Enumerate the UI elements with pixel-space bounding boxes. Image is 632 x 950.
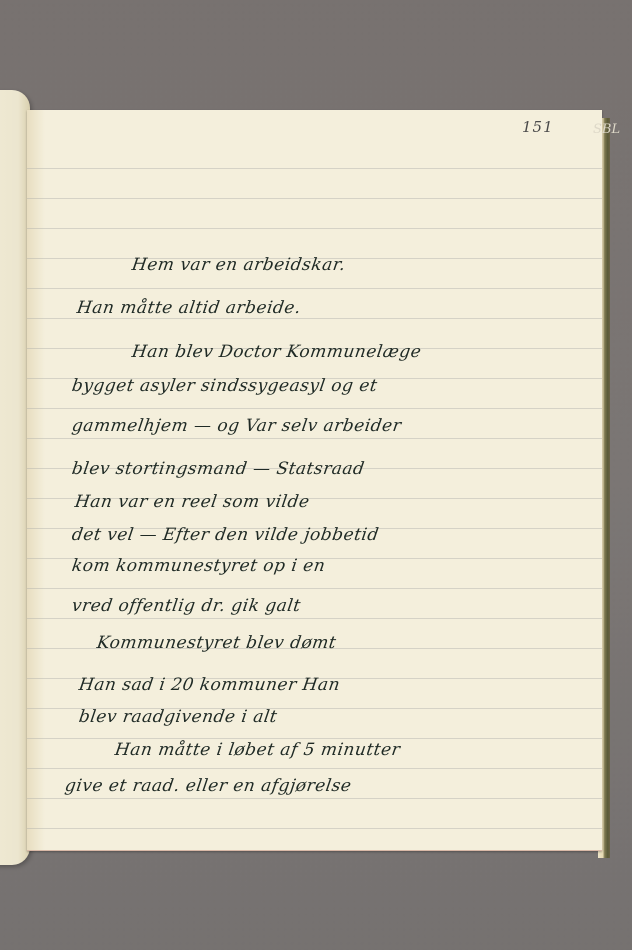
handwritten-line: Han måtte i løbet af 5 minutter <box>114 740 402 760</box>
handwritten-line: Han var en reel som vilde <box>74 492 311 512</box>
handwritten-line: gammelhjem — og Var selv arbeider <box>71 416 403 436</box>
handwritten-line: Han sad i 20 kommuner Han <box>78 675 342 695</box>
handwritten-line: Kommunestyret blev dømt <box>96 633 338 653</box>
left-page-edge <box>0 90 30 865</box>
ruled-line <box>27 588 602 589</box>
ruled-line <box>27 768 602 769</box>
ruled-line <box>27 198 602 199</box>
ruled-line <box>27 318 602 319</box>
ruled-line <box>27 798 602 799</box>
ruled-line <box>27 228 602 229</box>
handwritten-line: Hem var en arbeidskar. <box>131 255 347 275</box>
handwritten-line: vred offentlig dr. gik galt <box>71 596 302 616</box>
handwritten-line: det vel — Efter den vilde jobbetid <box>71 525 381 545</box>
faded-stamp: SBL <box>593 122 620 137</box>
ruled-line <box>27 288 602 289</box>
ruled-line <box>27 168 602 169</box>
ruled-line <box>27 438 602 439</box>
handwritten-line: bygget asyler sindssygeasyl og et <box>71 376 379 396</box>
page-number: 151 <box>522 118 554 136</box>
ruled-line <box>27 408 602 409</box>
notebook-page: 151 SBL Hem var en arbeidskar.Han måtte … <box>27 110 602 851</box>
ruled-line <box>27 738 602 739</box>
handwritten-line: Han blev Doctor Kommunelæge <box>131 342 423 362</box>
handwritten-line: blev raadgivende i alt <box>78 707 279 727</box>
ruled-line <box>27 828 602 829</box>
ruled-line <box>27 618 602 619</box>
handwritten-line: give et raad. eller en afgjørelse <box>64 776 353 796</box>
handwritten-line: Han måtte altid arbeide. <box>76 298 303 318</box>
handwritten-line: kom kommunestyret op i en <box>71 556 327 576</box>
handwritten-line: blev stortingsmand — Statsraad <box>71 459 366 479</box>
